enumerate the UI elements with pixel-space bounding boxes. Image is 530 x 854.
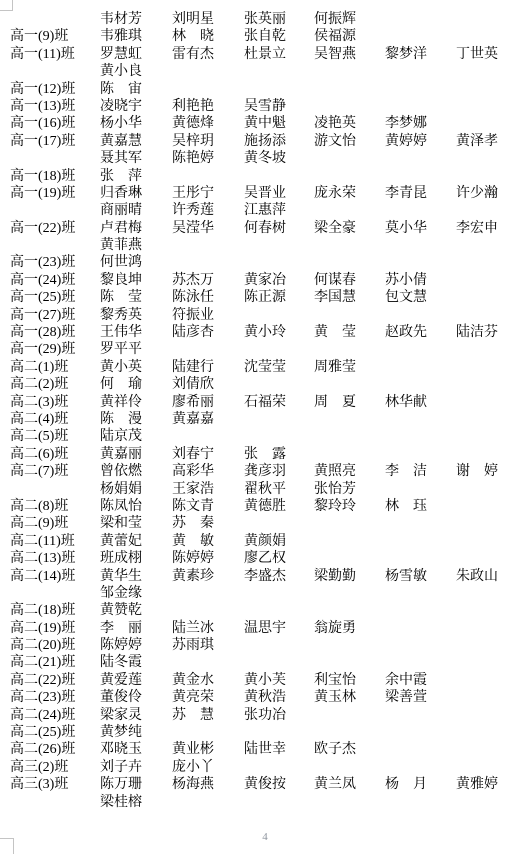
table-row: 邹金缘 bbox=[10, 585, 530, 602]
student-name: 凌艳英 bbox=[314, 115, 385, 132]
student-name bbox=[244, 515, 314, 532]
table-row: 高一(13)班凌晓宇利艳艳吴雪静 bbox=[10, 98, 530, 115]
student-name: 吴智燕 bbox=[314, 46, 385, 63]
student-name bbox=[456, 63, 530, 80]
student-name: 黄家冶 bbox=[244, 272, 314, 289]
student-name bbox=[314, 202, 385, 219]
student-name bbox=[456, 794, 530, 811]
student-name bbox=[456, 759, 530, 776]
student-name bbox=[385, 28, 456, 45]
student-name: 黄德烽 bbox=[172, 115, 244, 132]
class-label: 高二(13)班 bbox=[10, 550, 100, 567]
student-name: 李盛杰 bbox=[244, 568, 314, 585]
class-label: 高二(19)班 bbox=[10, 620, 100, 637]
student-name bbox=[385, 654, 456, 671]
table-row: 高二(3)班黄祥伶廖希丽石福荣周 夏林华献 bbox=[10, 394, 530, 411]
student-name: 李国慧 bbox=[314, 289, 385, 306]
student-name bbox=[314, 707, 385, 724]
student-name bbox=[314, 307, 385, 324]
student-name bbox=[244, 602, 314, 619]
student-name bbox=[385, 741, 456, 758]
student-name: 黄嘉嘉 bbox=[172, 411, 244, 428]
student-name: 陈凤怡 bbox=[100, 498, 172, 515]
student-name: 黄蕾妃 bbox=[100, 533, 172, 550]
student-name bbox=[244, 724, 314, 741]
class-label: 高一(12)班 bbox=[10, 81, 100, 98]
student-name bbox=[314, 446, 385, 463]
student-name bbox=[456, 411, 530, 428]
student-name: 梁桂榕 bbox=[100, 794, 172, 811]
student-name: 廖乙权 bbox=[244, 550, 314, 567]
class-label bbox=[10, 237, 100, 254]
student-name bbox=[385, 359, 456, 376]
class-label: 高二(5)班 bbox=[10, 428, 100, 445]
student-name bbox=[314, 533, 385, 550]
student-name: 黄小芙 bbox=[244, 672, 314, 689]
student-name bbox=[244, 585, 314, 602]
student-name: 王家浩 bbox=[172, 481, 244, 498]
student-name: 黄祥伶 bbox=[100, 394, 172, 411]
student-name bbox=[456, 707, 530, 724]
table-row: 高一(16)班杨小华黄德烽黄中魁凌艳英李梦娜 bbox=[10, 115, 530, 132]
student-name: 廖希丽 bbox=[172, 394, 244, 411]
student-name: 陆建行 bbox=[172, 359, 244, 376]
student-name: 陈泳任 bbox=[172, 289, 244, 306]
table-row: 黄小良 bbox=[10, 63, 530, 80]
student-name bbox=[385, 724, 456, 741]
student-name bbox=[314, 550, 385, 567]
student-name: 苏小倩 bbox=[385, 272, 456, 289]
table-row: 高二(22)班黄爱莲黄金水黄小芙利宝怡余中霞 bbox=[10, 672, 530, 689]
table-row: 高二(13)班班成栩陈婷婷廖乙权 bbox=[10, 550, 530, 567]
student-name: 韦雅琪 bbox=[100, 28, 172, 45]
student-name: 梁家灵 bbox=[100, 707, 172, 724]
student-name bbox=[314, 515, 385, 532]
student-name: 欧子杰 bbox=[314, 741, 385, 758]
student-name bbox=[456, 11, 530, 28]
table-row: 高二(6)班黄嘉丽刘春宁张 露 bbox=[10, 446, 530, 463]
table-row: 高二(7)班曾依燃高彩华龚彦羽黄照亮李 洁谢 婷 bbox=[10, 463, 530, 480]
student-name: 周雅莹 bbox=[314, 359, 385, 376]
student-name: 张功冶 bbox=[244, 707, 314, 724]
class-label: 高二(14)班 bbox=[10, 568, 100, 585]
student-name: 庞永荣 bbox=[314, 185, 385, 202]
student-name: 温思宇 bbox=[244, 620, 314, 637]
student-name bbox=[172, 585, 244, 602]
student-name: 吴滢华 bbox=[172, 220, 244, 237]
student-name: 许秀莲 bbox=[172, 202, 244, 219]
student-name bbox=[385, 202, 456, 219]
table-row: 高二(2)班何 瑜刘倩欣 bbox=[10, 376, 530, 393]
student-name bbox=[385, 620, 456, 637]
class-label: 高一(28)班 bbox=[10, 324, 100, 341]
table-row: 杨娟娟王家浩翟秋平张怡芳 bbox=[10, 481, 530, 498]
student-name bbox=[244, 341, 314, 358]
student-name: 雷有杰 bbox=[172, 46, 244, 63]
student-name: 江惠萍 bbox=[244, 202, 314, 219]
student-name: 林华献 bbox=[385, 394, 456, 411]
student-name: 高彩华 bbox=[172, 463, 244, 480]
student-name bbox=[385, 150, 456, 167]
student-name bbox=[244, 307, 314, 324]
student-name: 黄爱莲 bbox=[100, 672, 172, 689]
document-page: 韦材芳刘明星张英丽何振辉高一(9)班韦雅琪林 晓张自乾侯福源高一(11)班罗慧虹… bbox=[0, 0, 530, 854]
student-name: 黄小玲 bbox=[244, 324, 314, 341]
student-name bbox=[385, 63, 456, 80]
student-name: 曾依燃 bbox=[100, 463, 172, 480]
student-name bbox=[244, 254, 314, 271]
student-name bbox=[314, 63, 385, 80]
class-label: 高二(24)班 bbox=[10, 707, 100, 724]
class-label: 高二(23)班 bbox=[10, 689, 100, 706]
table-row: 高一(9)班韦雅琪林 晓张自乾侯福源 bbox=[10, 28, 530, 45]
student-name bbox=[314, 794, 385, 811]
student-name: 黄嘉慧 bbox=[100, 133, 172, 150]
student-name bbox=[456, 654, 530, 671]
class-label: 高二(7)班 bbox=[10, 463, 100, 480]
class-label: 高二(11)班 bbox=[10, 533, 100, 550]
student-name bbox=[456, 376, 530, 393]
student-name bbox=[172, 724, 244, 741]
student-name bbox=[385, 585, 456, 602]
student-name bbox=[456, 202, 530, 219]
student-name: 杨海燕 bbox=[172, 776, 244, 793]
student-name: 梁和莹 bbox=[100, 515, 172, 532]
class-label: 高一(16)班 bbox=[10, 115, 100, 132]
student-name: 李青昆 bbox=[385, 185, 456, 202]
student-name: 陈婷婷 bbox=[100, 637, 172, 654]
student-name bbox=[456, 307, 530, 324]
student-name bbox=[314, 411, 385, 428]
student-name: 班成栩 bbox=[100, 550, 172, 567]
student-name bbox=[456, 81, 530, 98]
table-row: 高一(24)班黎良坤苏杰万黄家冶何谋春苏小倩 bbox=[10, 272, 530, 289]
student-name: 利宝怡 bbox=[314, 672, 385, 689]
student-name bbox=[456, 341, 530, 358]
class-label: 高二(26)班 bbox=[10, 741, 100, 758]
student-name: 李 丽 bbox=[100, 620, 172, 637]
student-name: 陈婷婷 bbox=[172, 550, 244, 567]
student-name bbox=[456, 481, 530, 498]
student-name bbox=[244, 81, 314, 98]
student-name: 谢 婷 bbox=[456, 463, 530, 480]
student-name bbox=[456, 394, 530, 411]
student-name: 侯福源 bbox=[314, 28, 385, 45]
student-name: 石福荣 bbox=[244, 394, 314, 411]
student-name: 吴梓玥 bbox=[172, 133, 244, 150]
student-name bbox=[456, 254, 530, 271]
student-name: 黄梦纯 bbox=[100, 724, 172, 741]
text-boundary-mark-top-left bbox=[0, 0, 13, 11]
table-row: 商丽晴许秀莲江惠萍 bbox=[10, 202, 530, 219]
student-name bbox=[385, 428, 456, 445]
table-row: 高一(29)班罗平平 bbox=[10, 341, 530, 358]
student-name-table: 韦材芳刘明星张英丽何振辉高一(9)班韦雅琪林 晓张自乾侯福源高一(11)班罗慧虹… bbox=[10, 11, 530, 811]
student-name bbox=[456, 620, 530, 637]
student-name bbox=[385, 637, 456, 654]
student-name: 陈 宙 bbox=[100, 81, 172, 98]
student-name: 李梦娜 bbox=[385, 115, 456, 132]
student-name bbox=[314, 254, 385, 271]
student-name: 苏雨琪 bbox=[172, 637, 244, 654]
student-name: 杨雪敏 bbox=[385, 568, 456, 585]
student-name: 许少瀚 bbox=[456, 185, 530, 202]
student-name: 杨小华 bbox=[100, 115, 172, 132]
student-name bbox=[456, 359, 530, 376]
class-label: 高三(3)班 bbox=[10, 776, 100, 793]
student-name bbox=[456, 741, 530, 758]
student-name: 王彤宁 bbox=[172, 185, 244, 202]
student-name bbox=[385, 707, 456, 724]
student-name bbox=[314, 602, 385, 619]
table-row: 高一(22)班卢君梅吴滢华何春树梁全豪莫小华李宏申 bbox=[10, 220, 530, 237]
student-name bbox=[385, 341, 456, 358]
student-name: 张 露 bbox=[244, 446, 314, 463]
student-name: 黄泽孝 bbox=[456, 133, 530, 150]
student-name bbox=[456, 168, 530, 185]
table-row: 黄菲燕 bbox=[10, 237, 530, 254]
student-name: 张怡芳 bbox=[314, 481, 385, 498]
class-label: 高二(21)班 bbox=[10, 654, 100, 671]
student-name: 黄颜娟 bbox=[244, 533, 314, 550]
student-name bbox=[385, 759, 456, 776]
student-name: 何振辉 bbox=[314, 11, 385, 28]
class-label bbox=[10, 481, 100, 498]
student-name: 黎秀英 bbox=[100, 307, 172, 324]
student-name bbox=[456, 533, 530, 550]
class-label: 高一(9)班 bbox=[10, 28, 100, 45]
student-name: 黄俊按 bbox=[244, 776, 314, 793]
student-name: 沈莹莹 bbox=[244, 359, 314, 376]
student-name: 黎梦洋 bbox=[385, 46, 456, 63]
student-name bbox=[172, 237, 244, 254]
student-name: 刘春宁 bbox=[172, 446, 244, 463]
student-name: 陈 莹 bbox=[100, 289, 172, 306]
student-name: 卢君梅 bbox=[100, 220, 172, 237]
student-name bbox=[385, 411, 456, 428]
student-name: 罗平平 bbox=[100, 341, 172, 358]
student-name: 黄 莹 bbox=[314, 324, 385, 341]
student-name: 庞小丫 bbox=[172, 759, 244, 776]
student-name bbox=[456, 98, 530, 115]
class-label: 高一(25)班 bbox=[10, 289, 100, 306]
student-name bbox=[456, 115, 530, 132]
table-row: 高二(8)班陈凤怡陈文青黄德胜黎玲玲林 珏 bbox=[10, 498, 530, 515]
class-label: 高二(8)班 bbox=[10, 498, 100, 515]
student-name bbox=[456, 150, 530, 167]
class-label: 高一(24)班 bbox=[10, 272, 100, 289]
student-name bbox=[244, 759, 314, 776]
student-name: 莫小华 bbox=[385, 220, 456, 237]
class-label: 高二(3)班 bbox=[10, 394, 100, 411]
student-name: 游文怡 bbox=[314, 133, 385, 150]
table-row: 高二(1)班黄小英陆建行沈莹莹周雅莹 bbox=[10, 359, 530, 376]
table-row: 高二(23)班董俊伶黄亮荣黄秋浩黄玉林梁善萱 bbox=[10, 689, 530, 706]
class-label: 高一(29)班 bbox=[10, 341, 100, 358]
student-name bbox=[385, 515, 456, 532]
student-name: 陈正源 bbox=[244, 289, 314, 306]
student-name: 陈文青 bbox=[172, 498, 244, 515]
student-name: 刘明星 bbox=[172, 11, 244, 28]
student-name bbox=[314, 654, 385, 671]
table-row: 高二(4)班陈 漫黄嘉嘉 bbox=[10, 411, 530, 428]
student-name: 苏 秦 bbox=[172, 515, 244, 532]
student-name bbox=[456, 515, 530, 532]
student-name bbox=[314, 376, 385, 393]
student-name: 邹金缘 bbox=[100, 585, 172, 602]
student-name: 黄兰凤 bbox=[314, 776, 385, 793]
student-name: 杜景立 bbox=[244, 46, 314, 63]
student-name: 陈 漫 bbox=[100, 411, 172, 428]
class-label bbox=[10, 63, 100, 80]
student-name bbox=[385, 237, 456, 254]
student-name: 归香琳 bbox=[100, 185, 172, 202]
student-name: 杨娟娟 bbox=[100, 481, 172, 498]
student-name: 龚彦羽 bbox=[244, 463, 314, 480]
student-name: 张 萍 bbox=[100, 168, 172, 185]
class-label: 高二(4)班 bbox=[10, 411, 100, 428]
class-label: 高二(2)班 bbox=[10, 376, 100, 393]
student-name: 陆冬霞 bbox=[100, 654, 172, 671]
student-name: 吴晋业 bbox=[244, 185, 314, 202]
class-label: 高一(19)班 bbox=[10, 185, 100, 202]
student-name: 黄雅婷 bbox=[456, 776, 530, 793]
student-name: 余中霞 bbox=[385, 672, 456, 689]
student-name bbox=[456, 272, 530, 289]
student-name: 罗慧虹 bbox=[100, 46, 172, 63]
student-name: 张自乾 bbox=[244, 28, 314, 45]
table-row: 高一(23)班何世鸿 bbox=[10, 254, 530, 271]
student-name: 黄照亮 bbox=[314, 463, 385, 480]
student-name: 黄菲燕 bbox=[100, 237, 172, 254]
student-name bbox=[314, 98, 385, 115]
class-label: 高二(6)班 bbox=[10, 446, 100, 463]
student-name: 李宏申 bbox=[456, 220, 530, 237]
student-name: 陆兰冰 bbox=[172, 620, 244, 637]
student-name bbox=[314, 237, 385, 254]
student-name: 翁旋勇 bbox=[314, 620, 385, 637]
student-name: 黎玲玲 bbox=[314, 498, 385, 515]
student-name bbox=[314, 150, 385, 167]
table-row: 高三(3)班陈万珊杨海燕黄俊按黄兰凤杨 月黄雅婷 bbox=[10, 776, 530, 793]
student-name bbox=[244, 376, 314, 393]
table-row: 高一(25)班陈 莹陈泳任陈正源李国慧包文慧 bbox=[10, 289, 530, 306]
student-name bbox=[172, 794, 244, 811]
student-name: 梁善萱 bbox=[385, 689, 456, 706]
student-name: 梁勤勤 bbox=[314, 568, 385, 585]
student-name: 黄中魁 bbox=[244, 115, 314, 132]
student-name bbox=[314, 428, 385, 445]
class-label: 高二(25)班 bbox=[10, 724, 100, 741]
class-label: 高二(1)班 bbox=[10, 359, 100, 376]
class-label: 高一(27)班 bbox=[10, 307, 100, 324]
student-name bbox=[314, 168, 385, 185]
student-name: 符振业 bbox=[172, 307, 244, 324]
class-label bbox=[10, 150, 100, 167]
student-name: 黄德胜 bbox=[244, 498, 314, 515]
class-label: 高一(18)班 bbox=[10, 168, 100, 185]
student-name: 商丽晴 bbox=[100, 202, 172, 219]
table-row: 高二(19)班李 丽陆兰冰温思宇翁旋勇 bbox=[10, 620, 530, 637]
student-name bbox=[385, 11, 456, 28]
student-name bbox=[385, 254, 456, 271]
student-name: 黎良坤 bbox=[100, 272, 172, 289]
student-name bbox=[456, 550, 530, 567]
student-name: 李 洁 bbox=[385, 463, 456, 480]
student-name: 陆京茂 bbox=[100, 428, 172, 445]
student-name: 凌晓宇 bbox=[100, 98, 172, 115]
student-name bbox=[172, 602, 244, 619]
table-row: 高二(18)班黄赞乾 bbox=[10, 602, 530, 619]
student-name: 苏 慧 bbox=[172, 707, 244, 724]
student-name: 董俊伶 bbox=[100, 689, 172, 706]
student-name: 张英丽 bbox=[244, 11, 314, 28]
student-name bbox=[456, 28, 530, 45]
table-row: 聂其军陈艳婷黄冬坡 bbox=[10, 150, 530, 167]
student-name bbox=[244, 237, 314, 254]
class-label: 高三(2)班 bbox=[10, 759, 100, 776]
student-name bbox=[456, 672, 530, 689]
student-name: 黄亮荣 bbox=[172, 689, 244, 706]
student-name: 黄华生 bbox=[100, 568, 172, 585]
student-name bbox=[456, 724, 530, 741]
table-row: 高二(11)班黄蕾妃黄 敏黄颜娟 bbox=[10, 533, 530, 550]
student-name bbox=[456, 446, 530, 463]
student-name: 黄婷婷 bbox=[385, 133, 456, 150]
student-name: 黄 敏 bbox=[172, 533, 244, 550]
student-name bbox=[314, 341, 385, 358]
table-row: 高二(21)班陆冬霞 bbox=[10, 654, 530, 671]
class-label bbox=[10, 585, 100, 602]
student-name bbox=[456, 428, 530, 445]
student-name: 黄嘉丽 bbox=[100, 446, 172, 463]
student-name: 朱政山 bbox=[456, 568, 530, 585]
student-name bbox=[172, 654, 244, 671]
class-label bbox=[10, 11, 100, 28]
student-name bbox=[456, 637, 530, 654]
table-row: 梁桂榕 bbox=[10, 794, 530, 811]
student-name: 聂其军 bbox=[100, 150, 172, 167]
student-name bbox=[385, 376, 456, 393]
student-name bbox=[314, 637, 385, 654]
student-name: 利艳艳 bbox=[172, 98, 244, 115]
student-name: 王伟华 bbox=[100, 324, 172, 341]
student-name: 梁全豪 bbox=[314, 220, 385, 237]
student-name bbox=[456, 289, 530, 306]
table-row: 高一(28)班王伟华陆彦杏黄小玲黄 莹赵政先陆洁芬 bbox=[10, 324, 530, 341]
student-name bbox=[314, 724, 385, 741]
table-row: 高二(20)班陈婷婷苏雨琪 bbox=[10, 637, 530, 654]
student-name bbox=[172, 81, 244, 98]
student-name bbox=[244, 654, 314, 671]
table-row: 高一(11)班罗慧虹雷有杰杜景立吴智燕黎梦洋丁世英 bbox=[10, 46, 530, 63]
student-name: 林 晓 bbox=[172, 28, 244, 45]
student-name: 黄秋浩 bbox=[244, 689, 314, 706]
class-label: 高一(22)班 bbox=[10, 220, 100, 237]
student-name: 何世鸿 bbox=[100, 254, 172, 271]
student-name bbox=[456, 237, 530, 254]
student-name bbox=[244, 637, 314, 654]
class-label bbox=[10, 202, 100, 219]
student-name bbox=[244, 794, 314, 811]
student-name: 陆世幸 bbox=[244, 741, 314, 758]
student-name: 苏杰万 bbox=[172, 272, 244, 289]
student-name bbox=[385, 794, 456, 811]
student-name bbox=[172, 168, 244, 185]
table-row: 高三(2)班刘子卉庞小丫 bbox=[10, 759, 530, 776]
student-name: 黄业彬 bbox=[172, 741, 244, 758]
student-name bbox=[314, 585, 385, 602]
